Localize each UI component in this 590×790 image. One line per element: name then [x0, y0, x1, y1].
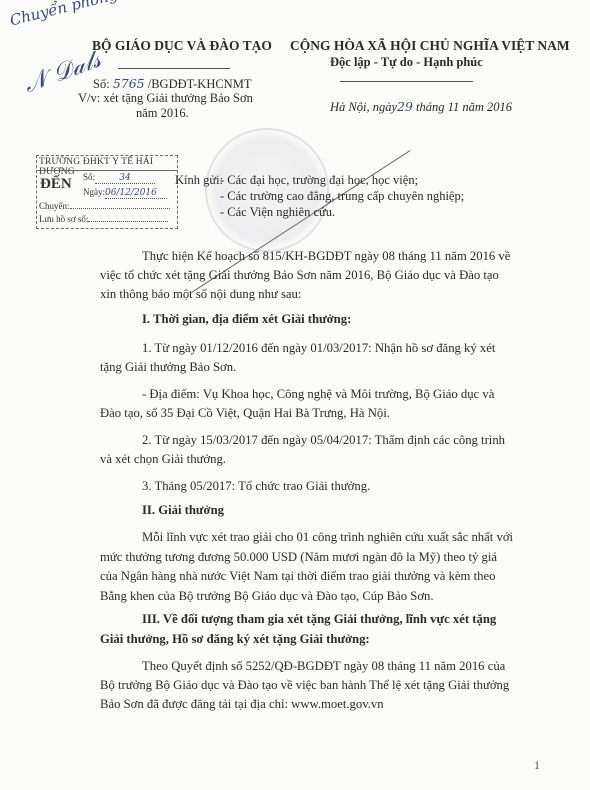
intro-line: việc tổ chức xét tặng Giải thưởng Bảo Sơ… — [100, 266, 499, 286]
item-1-line: 1. Từ ngày 01/12/2016 đến ngày 01/03/201… — [142, 339, 495, 359]
stamp-ngay-value: 06/12/2016 — [105, 188, 157, 198]
date-prefix: Hà Nội, ngày — [330, 100, 397, 114]
stamp-luu-label: Lưu hồ sơ số: — [39, 214, 88, 224]
subject-line-2: năm 2016. — [136, 106, 189, 121]
item-2-line: và xét chọn Giải thưởng. — [100, 450, 226, 470]
divider — [118, 68, 230, 69]
stamp-so-value: 34 — [119, 173, 130, 183]
subject-line-1: V/v: xét tặng Giải thưởng Bảo Sơn — [78, 91, 253, 106]
republic-name: CỘNG HÒA XÃ HỘI CHỦ NGHĨA VIỆT NAM — [290, 38, 570, 54]
stamp-den-label: ĐẾN — [40, 176, 72, 193]
recipient-item: - Các đại học, trường đại học, học viện; — [220, 173, 418, 188]
recipients-label: Kính gửi: — [175, 173, 223, 188]
stamp-chuyen-label: Chuyển: — [39, 201, 70, 211]
doc-number-prefix: Số: — [93, 77, 110, 91]
handwritten-forwarding-note: Chuyển phòng QLKH — [8, 0, 169, 29]
section-2-line: Mỗi lĩnh vực xét trao giải cho 01 công t… — [142, 528, 513, 548]
ministry-name: BỘ GIÁO DỤC VÀ ĐÀO TẠO — [92, 38, 272, 54]
section-3-line: Bộ trưởng Bộ Giáo dục và Đào tạo về việc… — [100, 676, 509, 696]
section-2-line: Bằng khen của Bộ trưởng Bộ Giáo dục và Đ… — [100, 587, 434, 607]
location-line: - Địa điểm: Vụ Khoa học, Công nghệ và Mô… — [142, 385, 494, 405]
divider — [340, 81, 473, 82]
section-2-line: mức thưởng tương đương 50.000 USD (Năm m… — [100, 548, 497, 568]
section-2-line: của Ngân hàng nhà nước Việt Nam tại thời… — [100, 567, 495, 587]
section-3-title: Giải thưởng, Hồ sơ đăng ký xét tặng Giải… — [100, 632, 370, 647]
item-3-line: 3. Tháng 05/2017: Tổ chức trao Giải thưở… — [142, 477, 370, 497]
recipient-item: - Các Viện nghiên cứu. — [220, 205, 335, 220]
recipient-item: - Các trường cao đẳng, trung cấp chuyên … — [220, 189, 464, 204]
stamp-so-row: Số:34 — [83, 172, 155, 184]
intro-line: xin thông báo một số nội dung như sau: — [100, 285, 301, 305]
location-line: Đào tạo, số 35 Đại Cồ Việt, Quận Hai Bà … — [100, 404, 390, 424]
section-3-text: Bảo Sơn đã được đăng tải tại địa chỉ: ww… — [100, 697, 384, 711]
stamp-ngay-row: Ngày:06/12/2016 — [83, 187, 167, 199]
date-day-handwritten: 29 — [397, 99, 413, 114]
section-3-line: Bảo Sơn đã được đăng tải tại địa chỉ: ww… — [100, 695, 384, 715]
date-suffix: tháng 11 năm 2016 — [416, 100, 512, 114]
item-1-line: tặng Giải thưởng Bảo Sơn. — [100, 358, 236, 378]
stamp-luu-row: Lưu hồ sơ số: — [39, 214, 168, 224]
national-motto: Độc lập - Tự do - Hạnh phúc — [330, 55, 483, 70]
section-3-title: III. Về đối tượng tham gia xét tặng Giải… — [142, 612, 496, 627]
section-3-line: Theo Quyết định số 5252/QĐ-BGDĐT ngày 08… — [142, 657, 505, 677]
received-stamp: TRƯỜNG ĐHKT Y TẾ HẢI DƯƠNG ĐẾN Số:34 Ngà… — [36, 155, 178, 229]
page-number: 1 — [534, 758, 540, 773]
dateline: Hà Nội, ngày29 tháng 11 năm 2016 — [330, 99, 512, 115]
doc-number-suffix: /BGDĐT-KHCNMT — [148, 77, 252, 91]
doc-number-handwritten: 5765 — [113, 76, 145, 91]
item-2-line: 2. Từ ngày 15/03/2017 đến ngày 05/04/201… — [142, 431, 505, 451]
divider — [37, 170, 177, 171]
section-1-title: I. Thời gian, địa điểm xét Giải thưởng: — [142, 312, 351, 327]
stamp-ngay-label: Ngày: — [83, 187, 105, 197]
stamp-chuyen-row: Chuyển: — [39, 201, 170, 211]
section-2-title: II. Giải thưởng — [142, 503, 224, 518]
stamp-so-label: Số: — [83, 172, 95, 182]
document-number: Số: 5765 /BGDĐT-KHCNMT — [93, 76, 251, 92]
intro-line: Thực hiện Kế hoạch số 815/KH-BGDĐT ngày … — [142, 247, 510, 267]
